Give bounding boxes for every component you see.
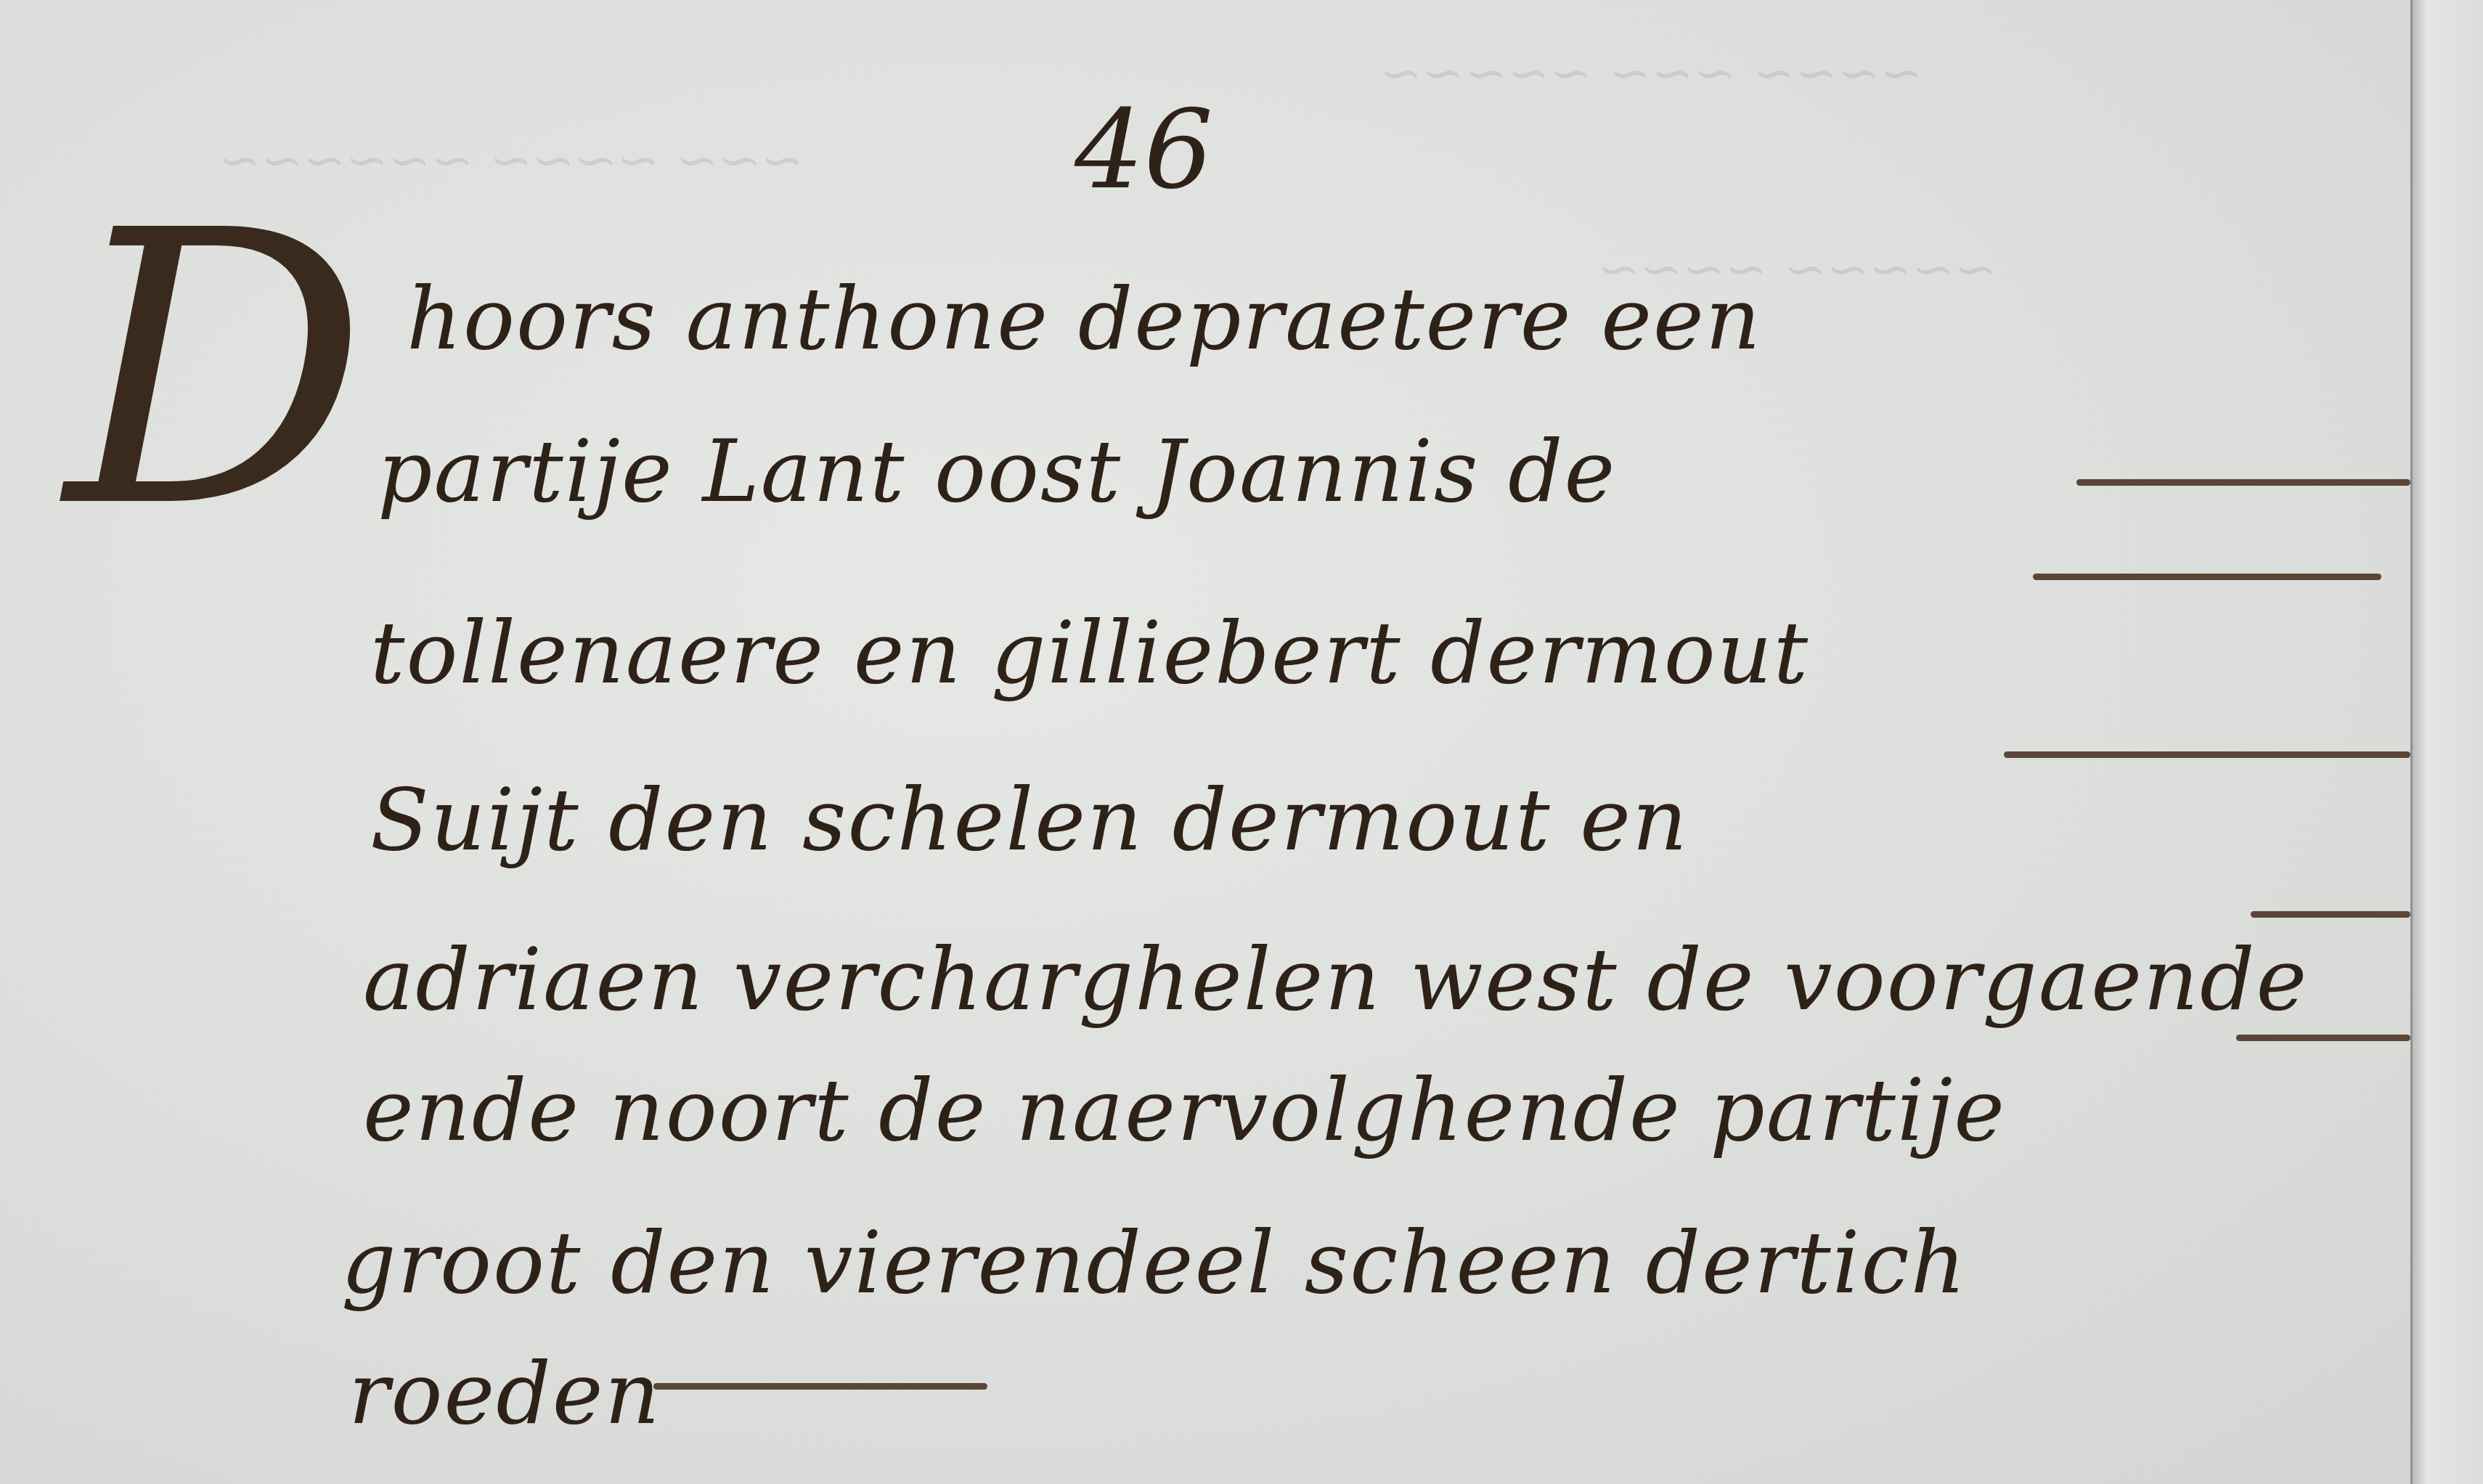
decorated-initial: D xyxy=(65,182,368,559)
manuscript-line-3: tollenaere en gilliebert dermout xyxy=(370,603,1809,703)
manuscript-line-8: roeden xyxy=(348,1343,661,1443)
line-filler-stroke xyxy=(653,1383,987,1390)
manuscript-page: ~~~ ~~~~ ~~~~~~ ~~~~ ~~~ ~~~~~ ~~~~~ ~~~… xyxy=(0,0,2425,1484)
line-filler-stroke xyxy=(2076,479,2410,486)
line-filler-stroke xyxy=(2251,911,2410,918)
manuscript-line-5: adriaen vercharghelen west de voorgaende xyxy=(363,929,2308,1030)
line-filler-stroke xyxy=(2033,574,2381,580)
folio-number: 46 xyxy=(1075,87,1213,213)
page-edge xyxy=(2410,0,2483,1484)
manuscript-line-4: Suijt den schelen dermout en xyxy=(370,770,1689,870)
manuscript-line-6: ende noort de naervolghende partije xyxy=(363,1060,2006,1160)
bleed-through-text: ~~~~ ~~~ ~~~~~ xyxy=(1379,44,1923,103)
manuscript-line-7: groot den vierendeel scheen dertich xyxy=(341,1212,1968,1313)
line-filler-stroke xyxy=(2004,751,2410,758)
manuscript-line-2: partije Lant oost Joannis de xyxy=(378,421,1616,521)
line-filler-stroke xyxy=(2236,1035,2410,1041)
manuscript-line-1: hoors anthone depraetere een xyxy=(407,269,1762,369)
